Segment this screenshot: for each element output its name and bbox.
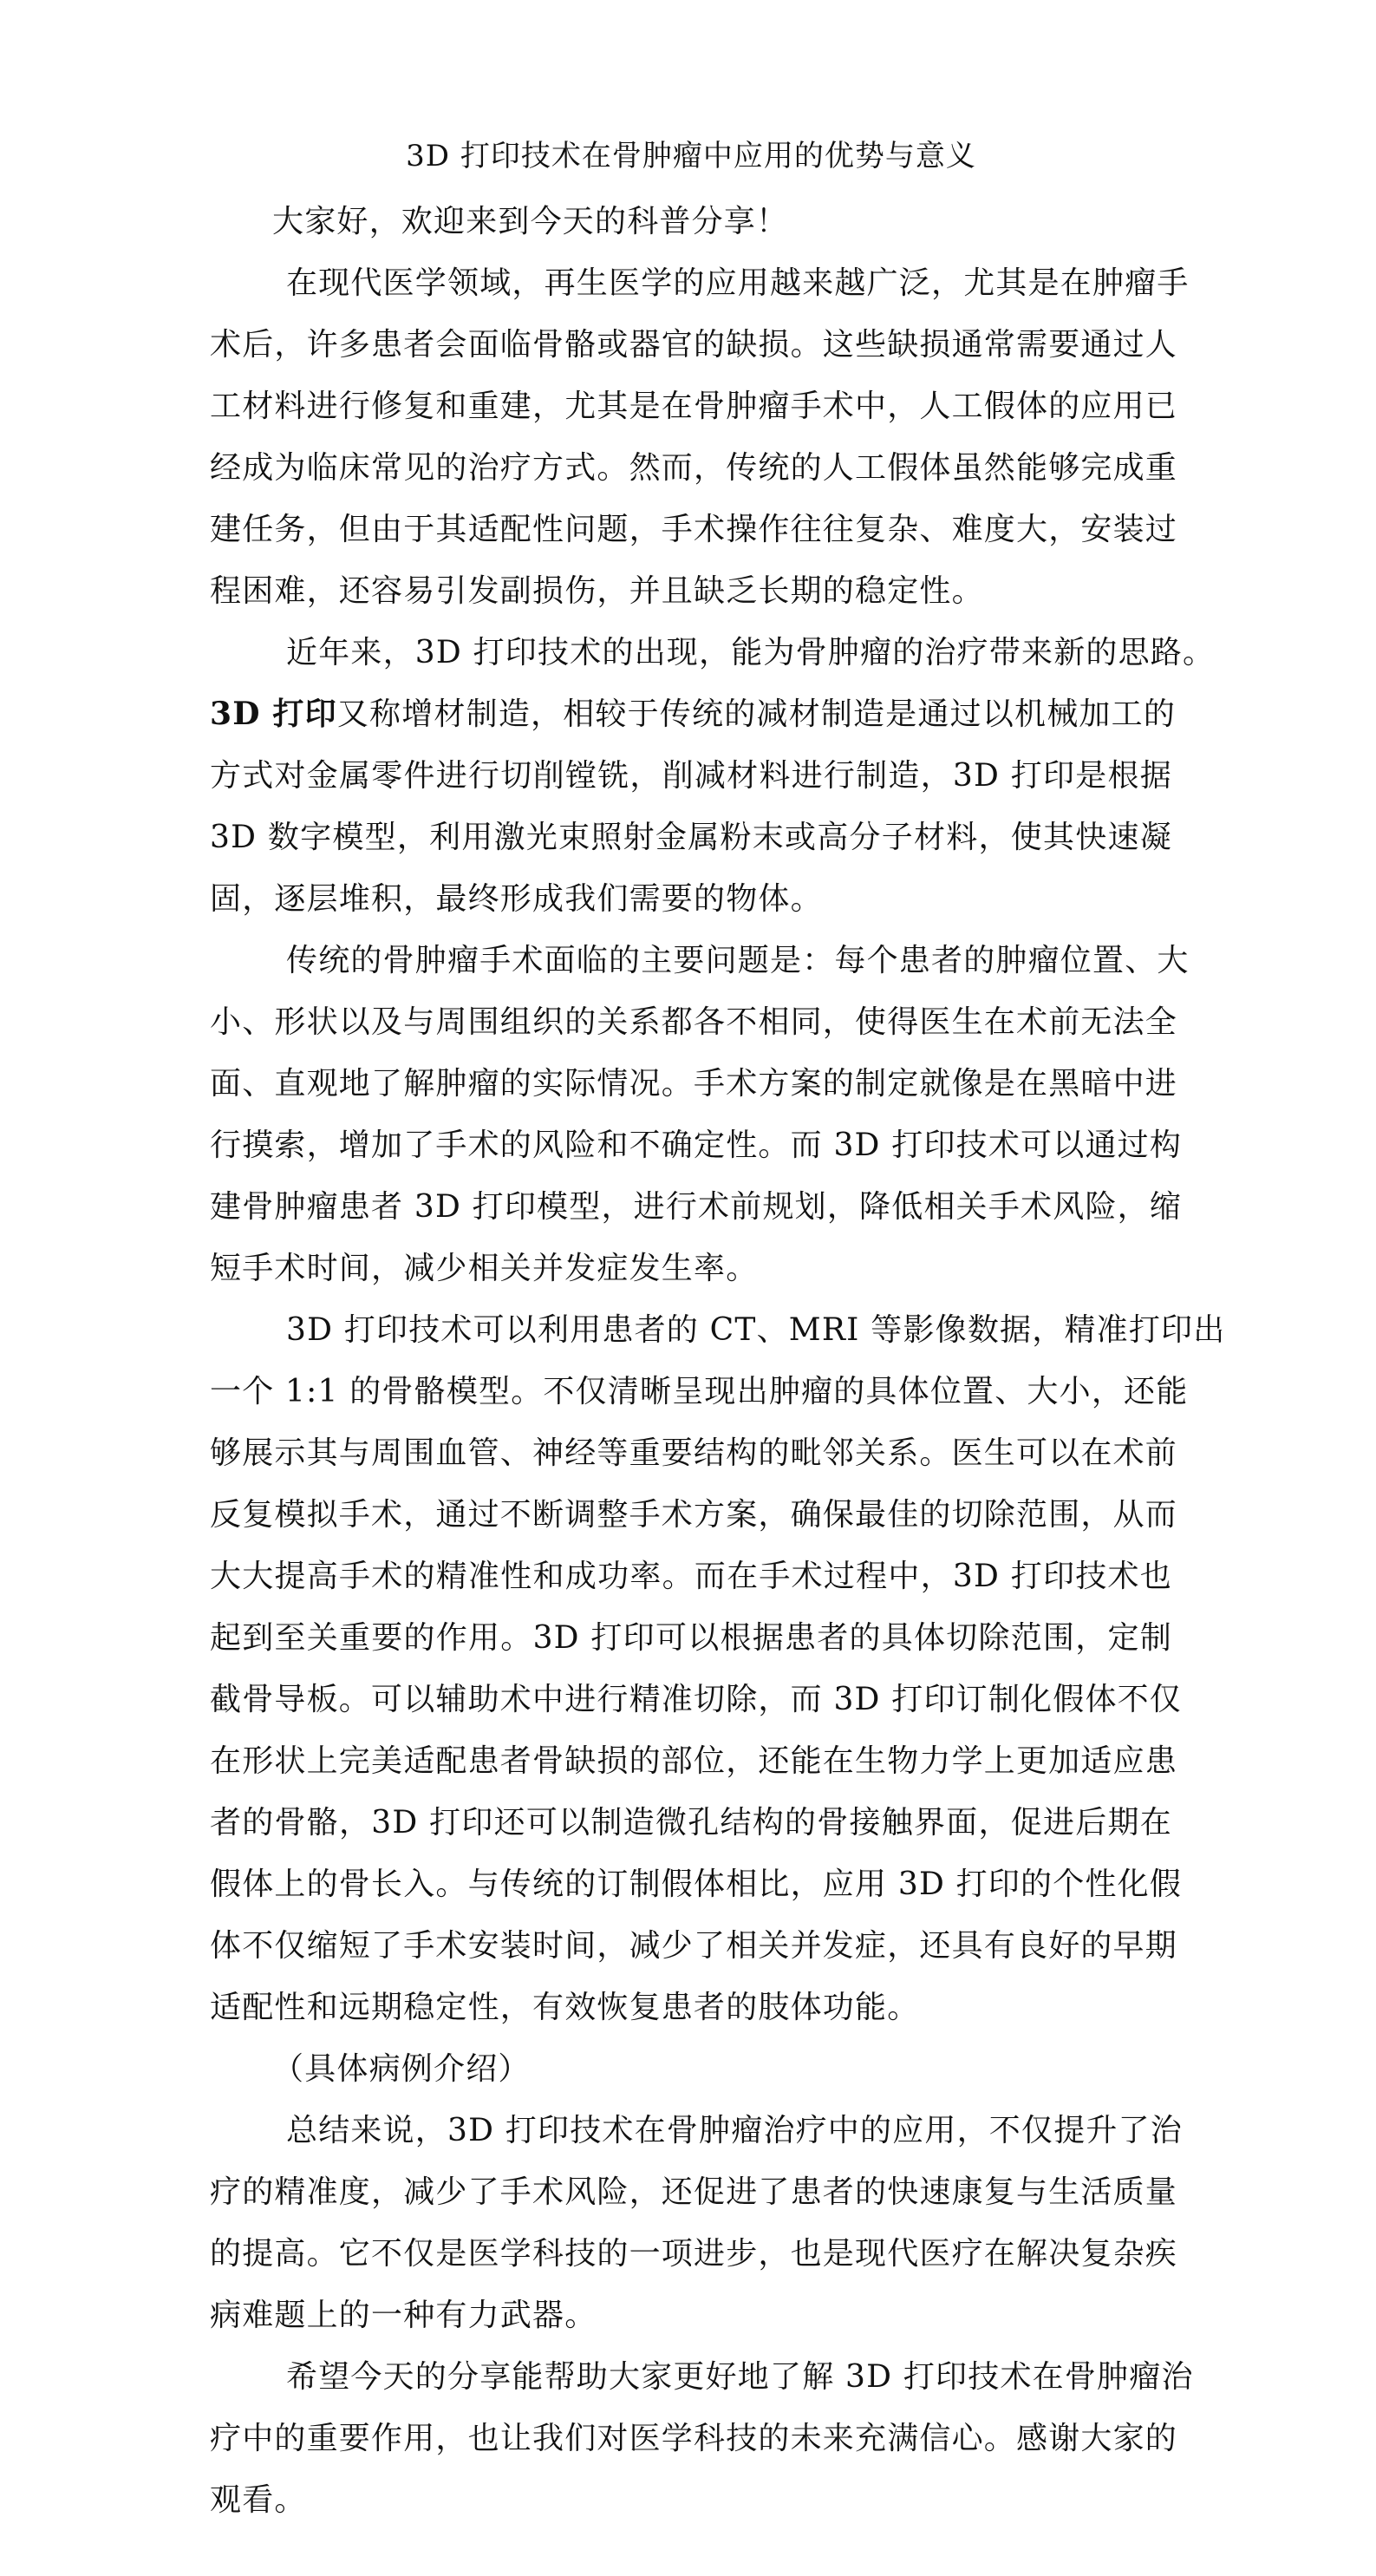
3d-printing-definition-paragraph: 近年来，3D 打印技术的出现，能为骨肿瘤的治疗带来新的思路。 3D 打印又称增材… [210,622,1172,930]
summary-paragraph: 总结来说，3D 打印技术在骨肿瘤治疗中的应用，不仅提升了治 疗的精准度，减少了手… [210,2100,1172,2346]
text-line: 假体上的骨长入。与传统的订制假体相比，应用 3D 打印的个性化假 [210,1854,1172,1915]
text-line: 行摸索，增加了手术的风险和不确定性。而 3D 打印技术可以通过构 [210,1115,1172,1176]
intro-paragraph: 在现代医学领域，再生医学的应用越来越广泛，尤其是在肿瘤手 术后，许多患者会面临骨… [210,252,1172,622]
text-line: 工材料进行修复和重建，尤其是在骨肿瘤手术中，人工假体的应用已 [210,376,1172,437]
text-line: 小、形状以及与周围组织的关系都各不相同，使得医生在术前无法全 [210,991,1172,1053]
text-line: 大大提高手术的精准性和成功率。而在手术过程中，3D 打印技术也 [210,1546,1172,1607]
document-page: 3D 打印技术在骨肿瘤中应用的优势与意义 大家好，欢迎来到今天的科普分享！ 在现… [210,130,1172,2531]
text-line: 建任务，但由于其适配性问题，手术操作往往复杂、难度大，安装过 [210,499,1172,560]
text-line: 总结来说，3D 打印技术在骨肿瘤治疗中的应用，不仅提升了治 [210,2100,1172,2161]
3d-printing-benefits-paragraph: 3D 打印技术可以利用患者的 CT、MRI 等影像数据，精准打印出 一个 1:1… [210,1299,1172,2038]
text-line: 反复模拟手术，通过不断调整手术方案，确保最佳的切除范围，从而 [210,1484,1172,1546]
text-line-with-bold-prefix: 3D 打印又称增材制造，相较于传统的减材制造是通过以机械加工的 [210,683,1172,745]
text-line: 疗中的重要作用，也让我们对医学科技的未来充满信心。感谢大家的 [210,2408,1172,2469]
text-line: 疗的精准度，减少了手术风险，还促进了患者的快速康复与生活质量 [210,2161,1172,2223]
text-line: 大家好，欢迎来到今天的科普分享！ [210,191,1172,252]
text-line: 近年来，3D 打印技术的出现，能为骨肿瘤的治疗带来新的思路。 [210,622,1172,683]
text-line: （具体病例介绍） [210,2038,1172,2100]
greeting-paragraph: 大家好，欢迎来到今天的科普分享！ [210,191,1172,252]
text-line: 的提高。它不仅是医学科技的一项进步，也是现代医疗在解决复杂疾 [210,2223,1172,2285]
text-line: 固，逐层堆积，最终形成我们需要的物体。 [210,868,1172,930]
text-line: 短手术时间，减少相关并发症发生率。 [210,1238,1172,1299]
text-fragment: 又称增材制造，相较于传统的减材制造是通过以机械加工的 [337,696,1176,732]
text-line: 截骨导板。可以辅助术中进行精准切除，而 3D 打印订制化假体不仅 [210,1669,1172,1730]
traditional-surgery-problems-paragraph: 传统的骨肿瘤手术面临的主要问题是：每个患者的肿瘤位置、大 小、形状以及与周围组织… [210,930,1172,1299]
text-line: 程困难，还容易引发副损伤，并且缺乏长期的稳定性。 [210,560,1172,622]
text-line: 者的骨骼，3D 打印还可以制造微孔结构的骨接触界面，促进后期在 [210,1792,1172,1854]
text-line: 够展示其与周围血管、神经等重要结构的毗邻关系。医生可以在术前 [210,1422,1172,1484]
text-line: 病难题上的一种有力武器。 [210,2285,1172,2346]
document-title: 3D 打印技术在骨肿瘤中应用的优势与意义 [210,130,1172,182]
text-line: 一个 1:1 的骨骼模型。不仅清晰呈现出肿瘤的具体位置、大小，还能 [210,1361,1172,1422]
text-line: 在形状上完美适配患者骨缺损的部位，还能在生物力学上更加适应患 [210,1730,1172,1792]
text-line: 观看。 [210,2469,1172,2531]
text-line: 希望今天的分享能帮助大家更好地了解 3D 打印技术在骨肿瘤治 [210,2346,1172,2408]
text-line: 3D 数字模型，利用激光束照射金属粉末或高分子材料，使其快速凝 [210,807,1172,868]
bold-term: 3D 打印 [210,696,337,732]
case-study-placeholder: （具体病例介绍） [210,2038,1172,2100]
closing-paragraph: 希望今天的分享能帮助大家更好地了解 3D 打印技术在骨肿瘤治 疗中的重要作用，也… [210,2346,1172,2531]
text-line: 传统的骨肿瘤手术面临的主要问题是：每个患者的肿瘤位置、大 [210,930,1172,991]
text-line: 建骨肿瘤患者 3D 打印模型，进行术前规划，降低相关手术风险，缩 [210,1176,1172,1238]
text-line: 面、直观地了解肿瘤的实际情况。手术方案的制定就像是在黑暗中进 [210,1053,1172,1115]
text-line: 术后，许多患者会面临骨骼或器官的缺损。这些缺损通常需要通过人 [210,314,1172,376]
text-line: 起到至关重要的作用。3D 打印可以根据患者的具体切除范围，定制 [210,1607,1172,1669]
text-line: 3D 打印技术可以利用患者的 CT、MRI 等影像数据，精准打印出 [210,1299,1172,1361]
text-line: 方式对金属零件进行切削镗铣，削减材料进行制造，3D 打印是根据 [210,745,1172,807]
text-line: 适配性和远期稳定性，有效恢复患者的肢体功能。 [210,1977,1172,2038]
text-line: 经成为临床常见的治疗方式。然而，传统的人工假体虽然能够完成重 [210,437,1172,499]
text-line: 体不仅缩短了手术安装时间，减少了相关并发症，还具有良好的早期 [210,1915,1172,1977]
text-line: 在现代医学领域，再生医学的应用越来越广泛，尤其是在肿瘤手 [210,252,1172,314]
